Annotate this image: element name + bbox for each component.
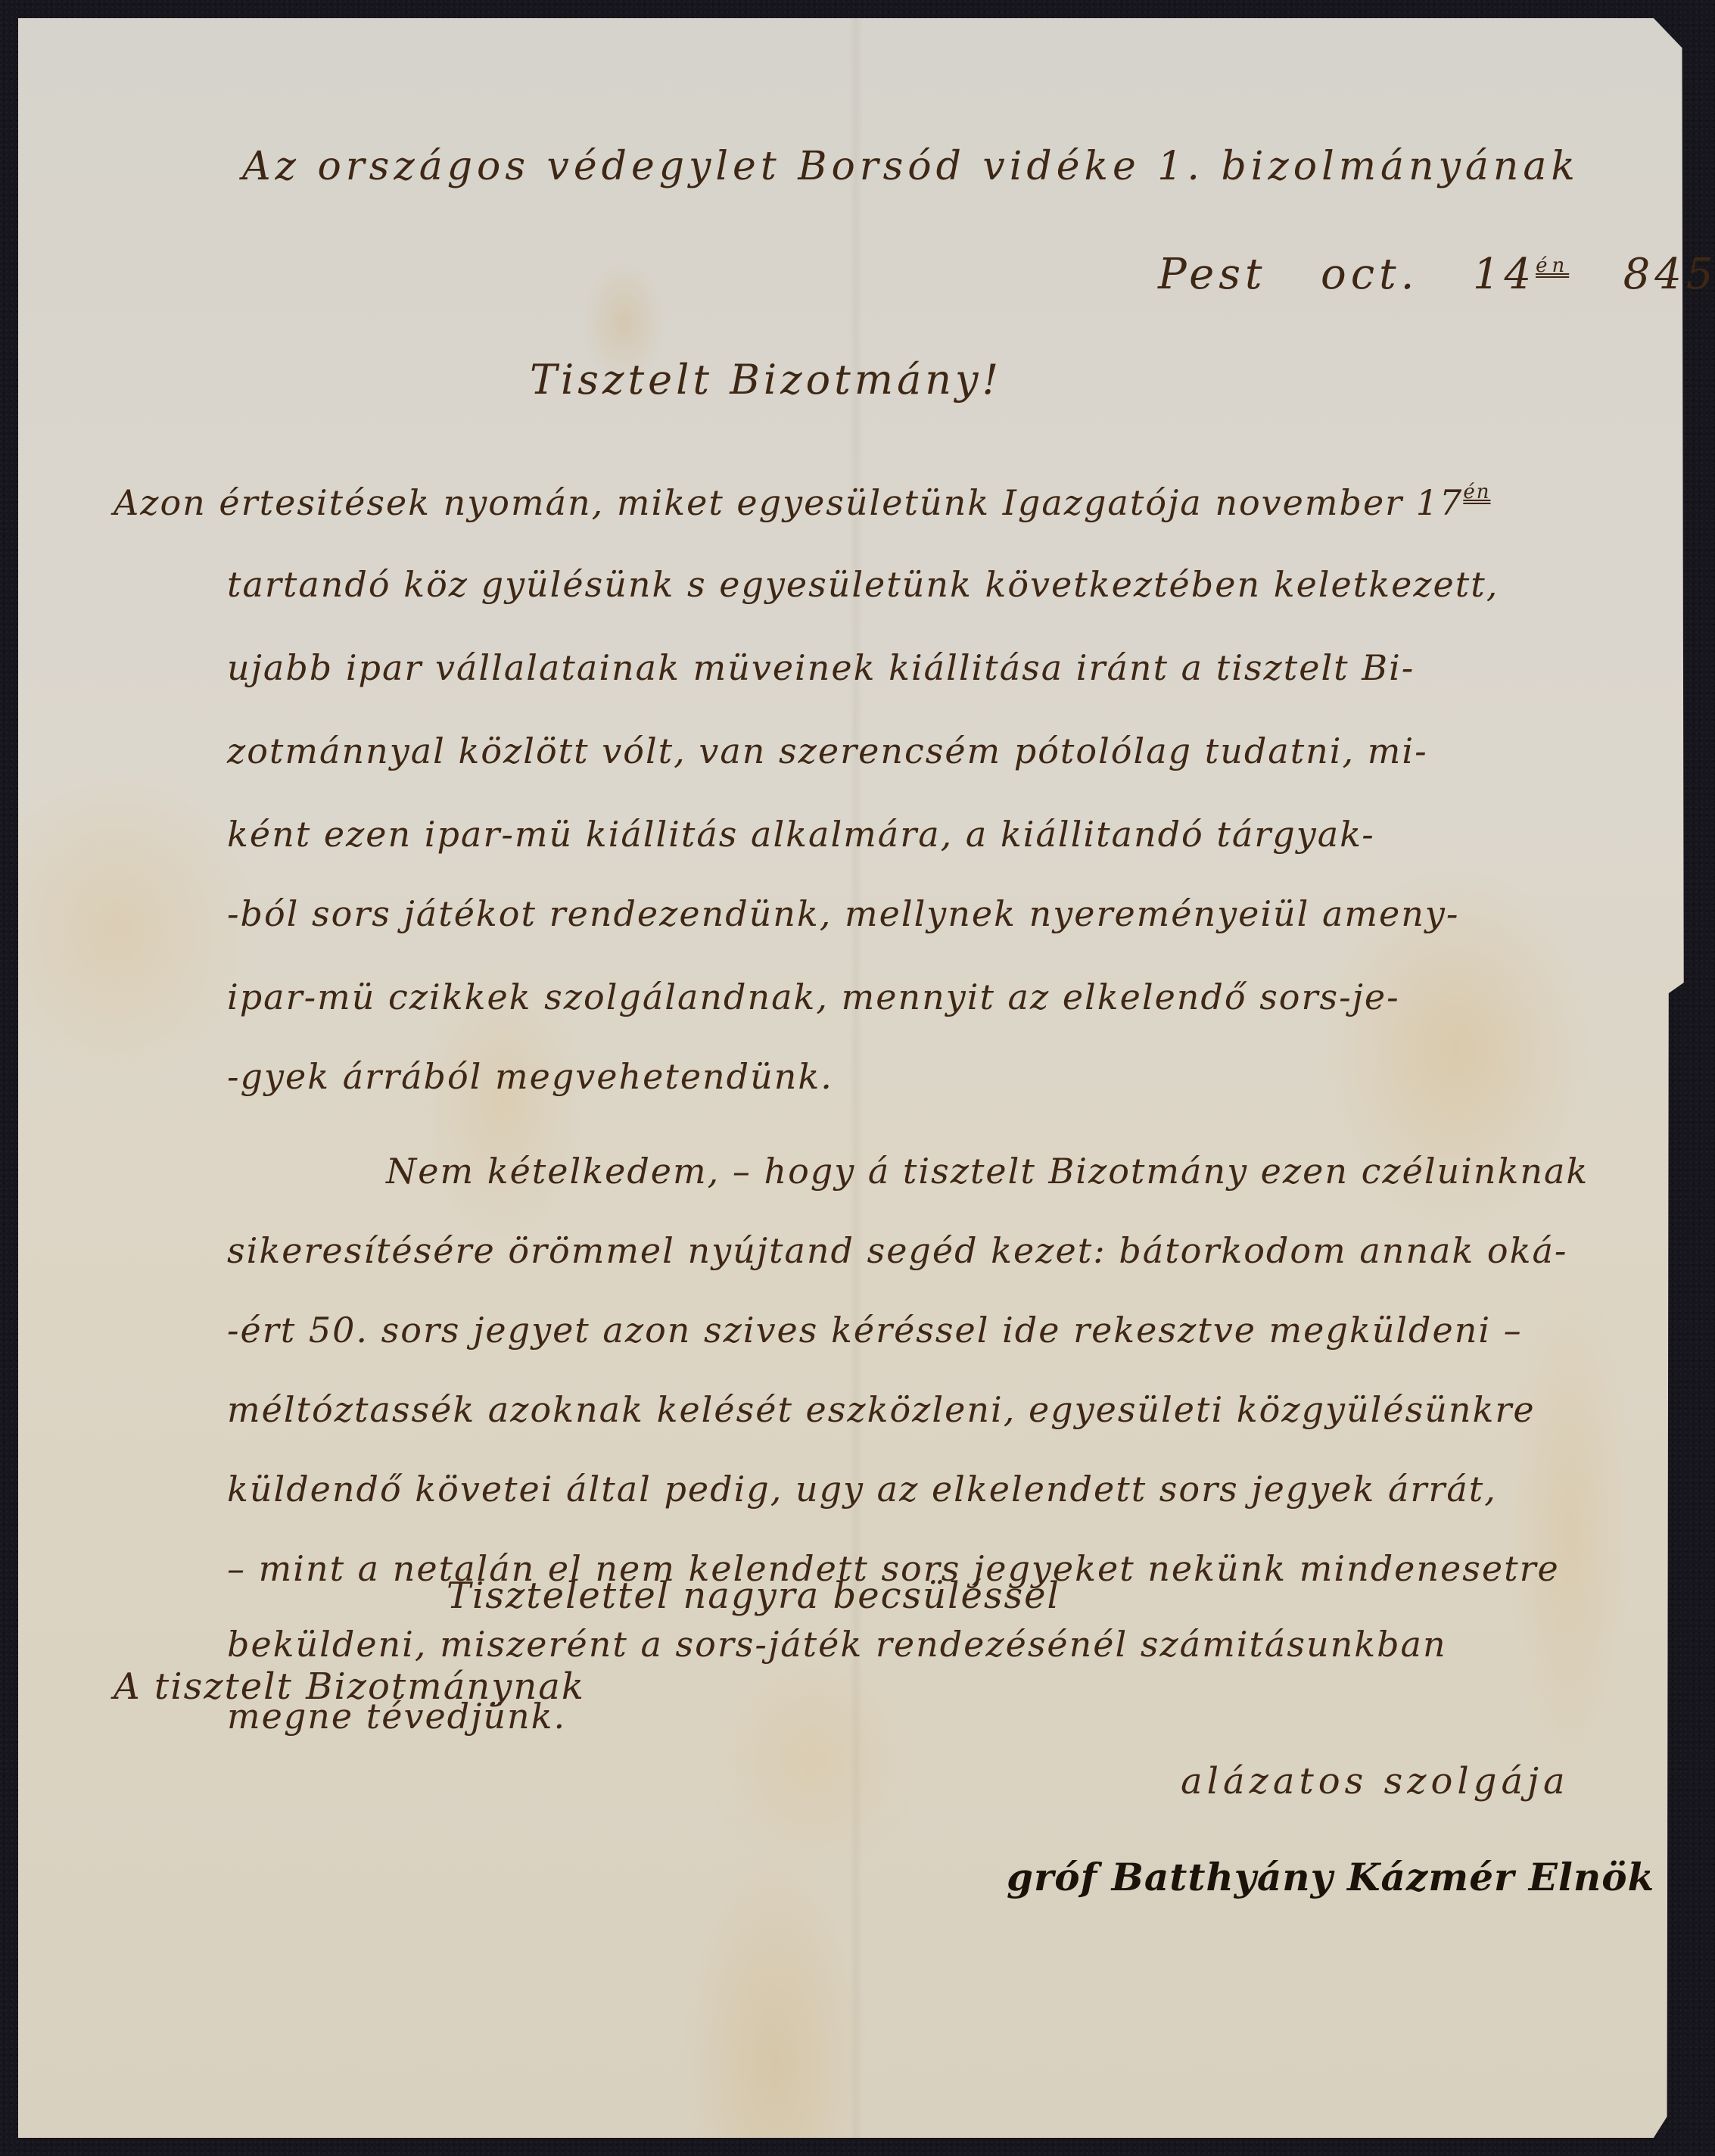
paragraph-1-line-7: ipar-mü czikkek szolgálandnak, mennyit a… <box>227 977 1400 1017</box>
paragraph-1-line-1: Azon értesitések nyomán, miket egyesület… <box>114 481 1490 523</box>
paragraph-1-line-2: tartandó köz gyülésünk s egyesületünk kö… <box>227 564 1499 605</box>
date-day-suffix: én <box>1536 254 1569 277</box>
paragraph-1-line-8: -gyek árrából megvehetendünk. <box>227 1056 833 1097</box>
signature: gróf Batthyány Kázmér Elnök <box>1007 1855 1654 1899</box>
valediction: alázatos szolgája <box>1181 1760 1570 1802</box>
paragraph-1-line-4: zotmánnyal közlött vólt, van szerencsém … <box>227 731 1428 771</box>
place-date: Pest oct. 14én 845. <box>1158 250 1715 299</box>
paragraph-1-line-5: ként ezen ipar-mü kiállitás alkalmára, a… <box>227 814 1375 855</box>
date-place: Pest <box>1158 250 1267 299</box>
paragraph-2-line-2: sikeresítésére örömmel nyújtand segéd ke… <box>227 1230 1567 1271</box>
paragraph-1-line-6: -ból sors játékot rendezendünk, mellynek… <box>227 893 1459 934</box>
recipient-line: A tisztelt Bizotmánynak <box>114 1665 585 1708</box>
salutation: Tisztelt Bizotmány! <box>530 356 1002 403</box>
closing-phrase: Tisztelettel nagyra becsüléssel <box>447 1575 1060 1617</box>
date-day: 14 <box>1473 250 1536 299</box>
paragraph-2-line-5: küldendő követei által pedig, ugy az elk… <box>227 1469 1497 1510</box>
ordinal-suffix: én <box>1463 481 1490 503</box>
date-month: oct. <box>1321 250 1418 299</box>
paragraph-2-line-4: méltóztassék azoknak kelését eszközleni,… <box>227 1389 1536 1430</box>
paragraph-2-line-7: beküldeni, miszerént a sors-játék rendez… <box>227 1624 1447 1665</box>
paragraph-1-line-3: ujabb ipar vállalatainak müveinek kiálli… <box>227 647 1415 688</box>
paragraph-2-line-3: -ért 50. sors jegyet azon szives kérésse… <box>227 1310 1523 1351</box>
date-year: 845. <box>1623 250 1715 299</box>
addressee-heading: Az országos védegylet Borsód vidéke 1. b… <box>242 144 1580 189</box>
paragraph-2-line-1: Nem kételkedem, – hogy á tisztelt Bizotm… <box>386 1151 1589 1192</box>
